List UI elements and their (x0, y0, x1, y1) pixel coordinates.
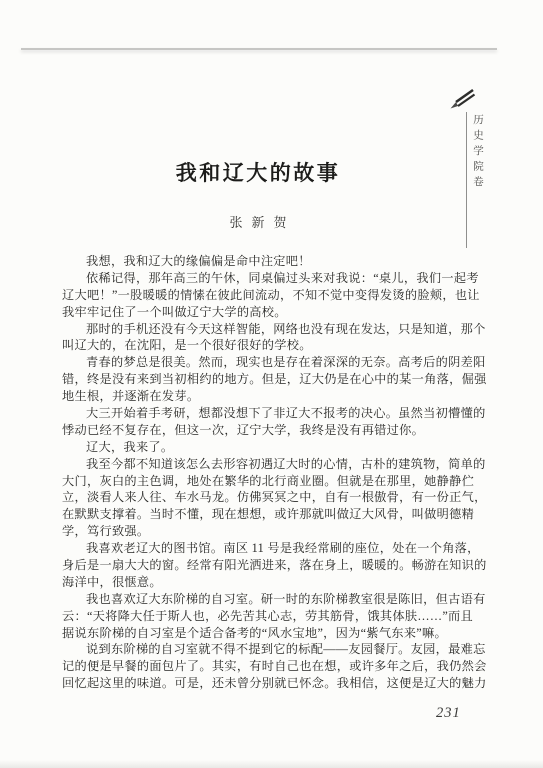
page-bottom-edge (0, 760, 543, 768)
body-line: 我至今都不知道该怎么去形容初遇辽大时的心情，古朴的建筑物，简单的 (62, 456, 458, 473)
body-line: 错，终是没有来到当初相约的地方。但是，辽大仍是在心中的某一角落，倔强 (62, 371, 458, 388)
body-line: 身后是一扇大大的窗。经常有阳光洒进来，落在身上，暖暖的。畅游在知识的 (62, 557, 458, 574)
scanned-page: 历史学院卷 我和辽大的故事 张新贺 我想，我和辽大的缘偏偏是命中注定吧！依稀记得… (0, 0, 543, 768)
body-line: 那时的手机还没有今天这样智能，网络也没有现在发达，只是知道，那个 (62, 321, 458, 338)
body-line: 立，淡看人来人往、车水马龙。仿佛冥冥之中，自有一根傲骨，有一份正气， (62, 489, 458, 506)
body-line: 悸动已经不复存在，但这一次，辽宁大学，我终是没有再错过你。 (62, 422, 458, 439)
body-line: 我喜欢老辽大的图书馆。南区 11 号是我经常刷的座位，处在一个角落， (62, 540, 458, 557)
body-line: 大门，灰白的主色调，地处在繁华的北行商业圈。但就是在那里，她静静伫 (62, 473, 458, 490)
body-line: 青春的梦总是很美。然而，现实也是存在着深深的无奈。高考后的阴差阳 (62, 354, 458, 371)
body-line: 我牢牢记住了一个叫做辽宁大学的高校。 (62, 304, 458, 321)
body-line: 学，笃行致强。 (62, 523, 458, 540)
sidebar-rule (466, 112, 467, 248)
page-top-edge-line (21, 48, 497, 50)
page-number: 231 (436, 705, 461, 722)
body-line: 据说东阶梯的自习室是个适合备考的“风水宝地”，因为“紫气东来”嘛。 (62, 625, 458, 642)
body-line: 云：“天将降大任于斯人也，必先苦其心志，劳其筋骨，饿其体肤……”而且 (62, 608, 458, 625)
body-line: 大三开始着手考研，想都没想下了非辽大不报考的决心。虽然当初懵懂的 (62, 405, 458, 422)
body-line: 说到东阶梯的自习室就不得不提到它的标配——友园餐厅。友园，最难忘 (62, 641, 458, 658)
body-line: 辽大，我来了。 (62, 439, 458, 456)
body-line: 我想，我和辽大的缘偏偏是命中注定吧！ (62, 253, 458, 270)
body-text: 我想，我和辽大的缘偏偏是命中注定吧！依稀记得，那年高三的午休，同桌偏过头来对我说… (62, 253, 458, 692)
article-title: 我和辽大的故事 (60, 157, 456, 187)
body-line: 海洋中，很惬意。 (62, 574, 458, 591)
body-line: 依稀记得，那年高三的午休，同桌偏过头来对我说：“桌儿，我们一起考 (62, 270, 458, 287)
body-line: 在默默支撑着。当时不懂，现在想想，或许那就叫做辽大风骨，叫做明德精 (62, 506, 458, 523)
body-line: 叫辽大的，在沈阳，是一个很好很好的学校。 (62, 337, 458, 354)
body-line: 辽大吧！”一股暖暖的情愫在彼此间流动，不知不觉中变得发烫的脸颊，也让 (62, 287, 458, 304)
body-line: 地生根，并逐渐在发芽。 (62, 388, 458, 405)
pencil-icon (446, 87, 476, 113)
article-author: 张新贺 (60, 212, 456, 231)
body-line: 回忆起这里的味道。可是，还未曾分别就已怀念。我相信，这便是辽大的魅力 (62, 675, 458, 692)
body-line: 记的便是早餐的面包片了。其实，有时自己也在想，或许多年之后，我仍然会 (62, 658, 458, 675)
body-line: 我也喜欢辽大东阶梯的自习室。研一时的东阶梯教室很是陈旧，但古语有 (62, 591, 458, 608)
volume-label: 历史学院卷 (471, 114, 486, 192)
